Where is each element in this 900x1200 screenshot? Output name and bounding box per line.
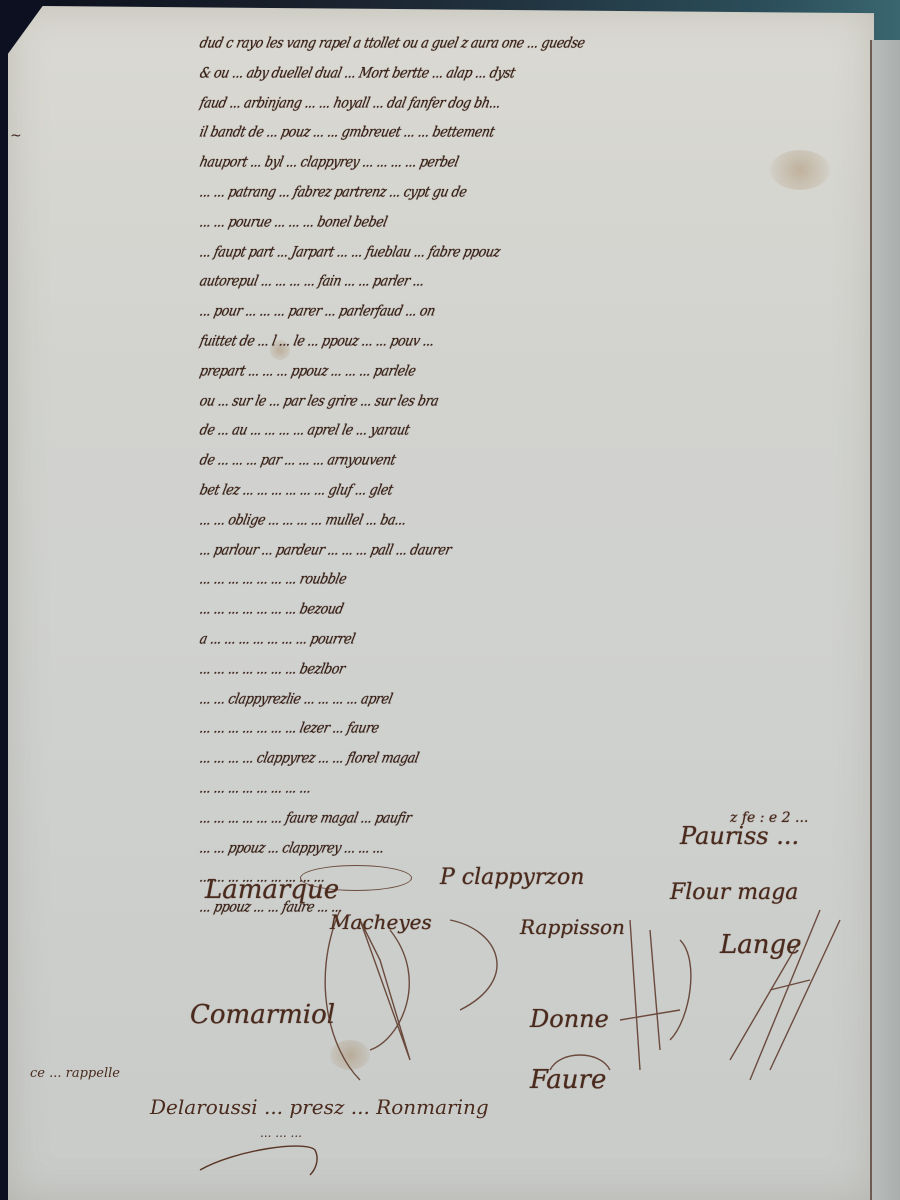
- signature-flourish: [300, 865, 412, 891]
- text-line: & ou ... aby duellel dual ... Mort bertt…: [196, 56, 863, 90]
- signature-clappyrzon: P clappyrzon: [440, 865, 584, 890]
- footnote-line-2: Delaroussi ... presz ... Ronmaring: [150, 1095, 489, 1119]
- text-line: ... ... ... ... ... ... ... bezlbor: [196, 651, 863, 685]
- signature-pauriss: Pauriss ...: [680, 822, 799, 850]
- text-line: ... ... oblige ... ... ... ... mullel ..…: [196, 503, 863, 537]
- footnote-line-1: ce ... rappelle: [30, 1066, 120, 1081]
- signature-paraph-scribbles: [300, 900, 880, 1100]
- text-line: prepart ... ... ... ppouz ... ... ... pa…: [196, 354, 863, 388]
- footnote-flourish: [195, 1130, 325, 1180]
- margin-mark: ~: [10, 128, 22, 144]
- text-line: ... ... pourue ... ... ... bonel bebel: [196, 205, 863, 239]
- manuscript-body: dud c rayo les vang rapel a ttollet ou a…: [200, 28, 860, 922]
